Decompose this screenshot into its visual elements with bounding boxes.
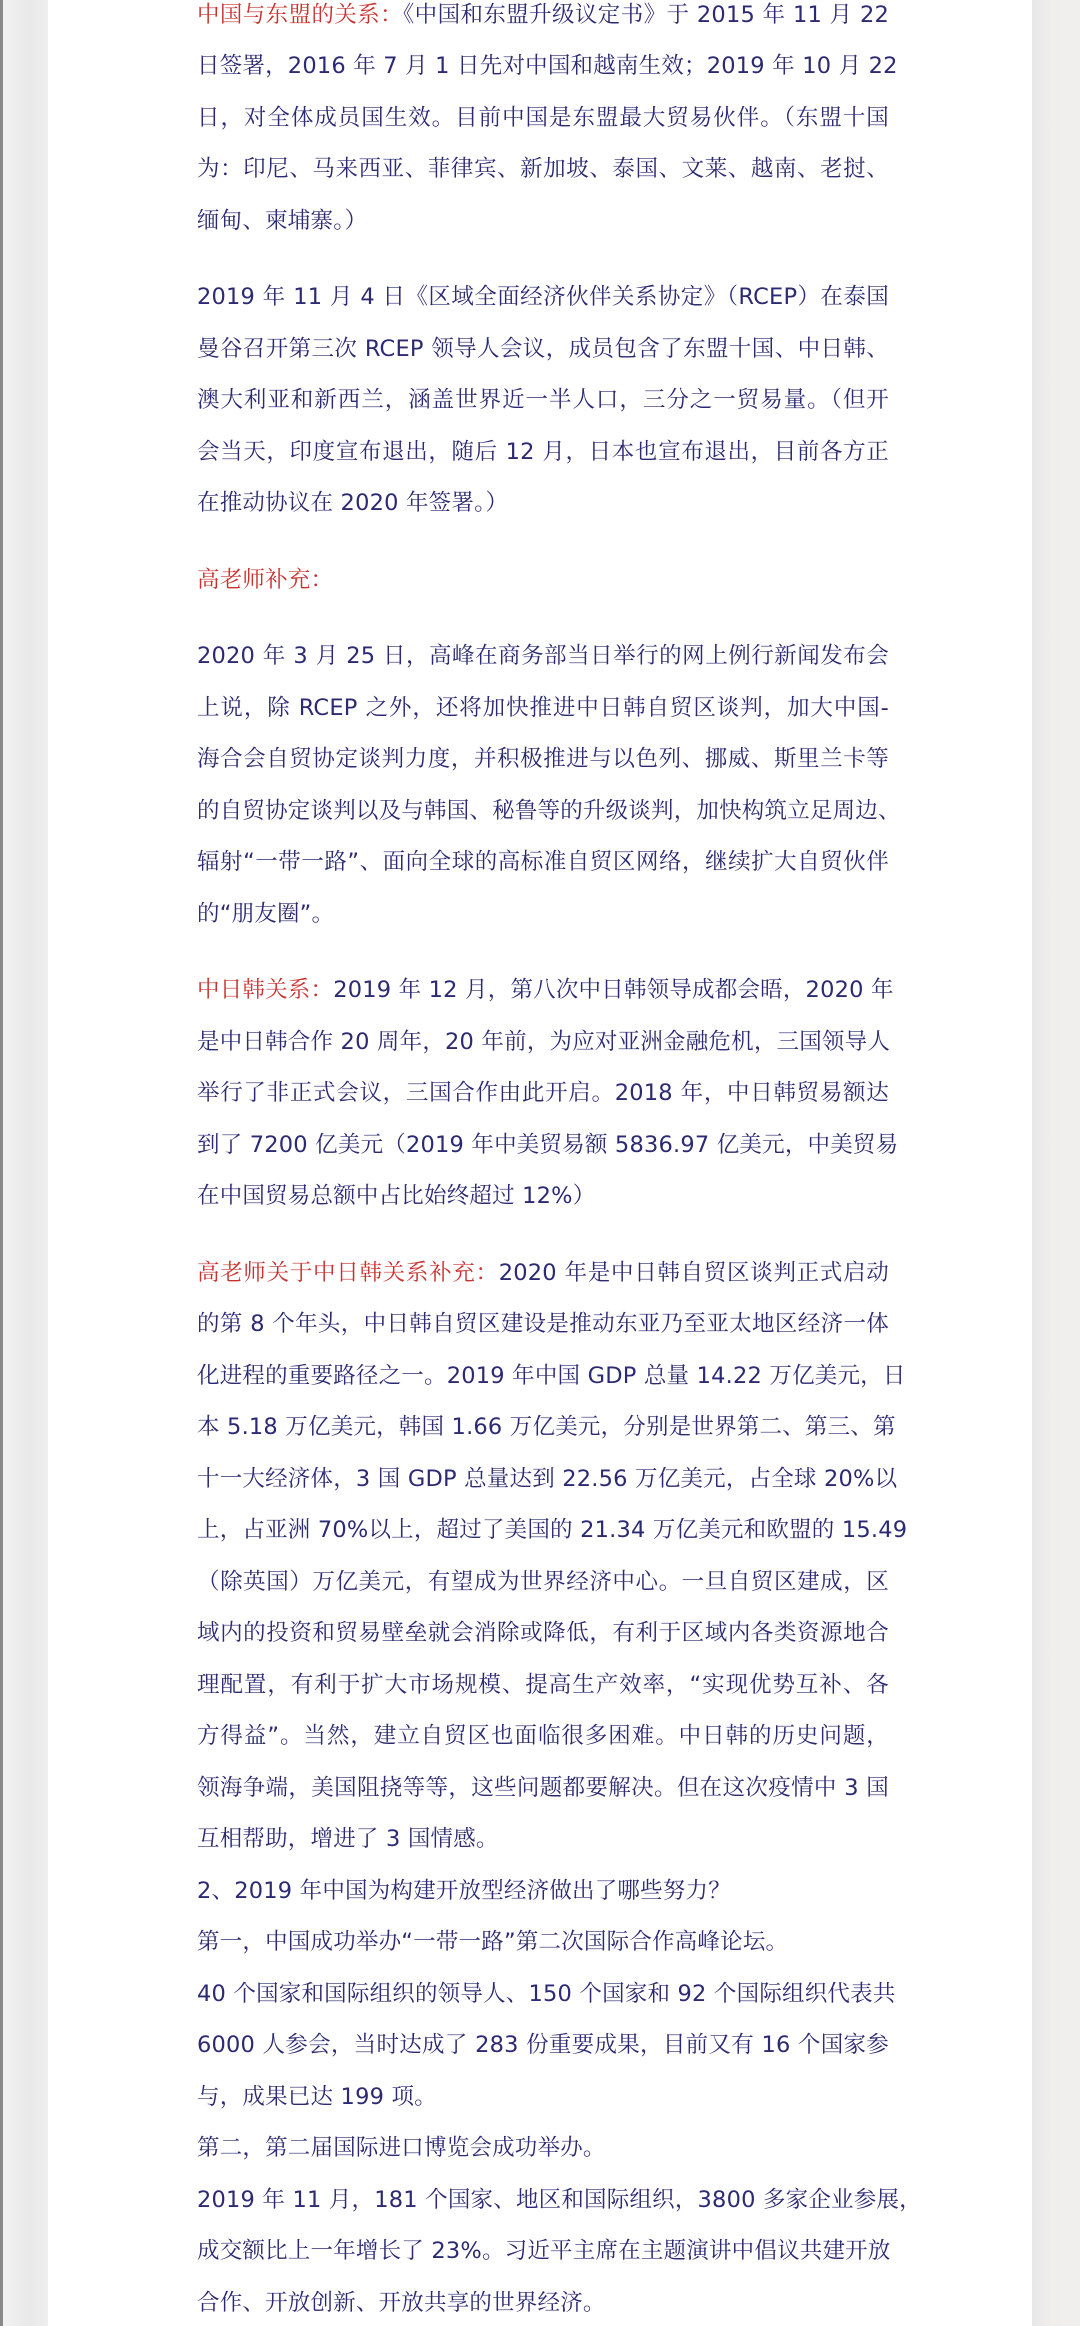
- text-line: 高老师关于中日韩关系补充：2020 年是中日韩自贸区谈判正式启动: [197, 1248, 889, 1300]
- text-line: 辐射“一带一路”、面向全球的高标准自贸区网络，继续扩大自贸伙伴: [197, 837, 889, 889]
- text-line: 的自贸协定谈判以及与韩国、秘鲁等的升级谈判，加快构筑立足周边、: [197, 786, 889, 838]
- left-gutter: [3, 0, 48, 2326]
- article-content: 中国与东盟的关系：《中国和东盟升级议定书》于 2015 年 11 月 22 日签…: [197, 0, 889, 2326]
- text-span: 2020 年是中日韩自贸区谈判正式启动: [499, 1260, 889, 1286]
- paragraph-gap: [197, 530, 889, 555]
- text-line: 是中日韩合作 20 周年，20 年前，为应对亚洲金融危机，三国领导人: [197, 1017, 889, 1069]
- paragraph-gap: [197, 606, 889, 631]
- text-line: 领海争端，美国阻挠等等，这些问题都要解决。但在这次疫情中 3 国: [197, 1763, 889, 1815]
- text-line: 曼谷召开第三次 RCEP 领导人会议，成员包含了东盟十国、中日韩、: [197, 324, 889, 376]
- text-line: 为：印尼、马来西亚、菲律宾、新加坡、泰国、文莱、越南、老挝、: [197, 144, 889, 196]
- paragraph-teacher-note-heading: 高老师补充：: [197, 555, 889, 607]
- text-line: 在推动协议在 2020 年签署。）: [197, 478, 889, 530]
- text-line: 海合会自贸协定谈判力度，并积极推进与以色列、挪威、斯里兰卡等: [197, 734, 889, 786]
- text-line: 成交额比上一年增长了 23%。习近平主席在主题演讲中倡议共建开放: [197, 2226, 889, 2278]
- paragraph-gap: [197, 247, 889, 272]
- text-line: 在中国贸易总额中占比始终超过 12%）: [197, 1171, 889, 1223]
- paragraph-china-asean: 中国与东盟的关系：《中国和东盟升级议定书》于 2015 年 11 月 22 日签…: [197, 0, 889, 247]
- text-line: 域内的投资和贸易壁垒就会消除或降低，有利于区域内各类资源地合: [197, 1608, 889, 1660]
- text-line: 合作、开放创新、开放共享的世界经济。: [197, 2278, 889, 2326]
- section-label: 中国与东盟的关系：: [197, 2, 403, 28]
- text-line: 上说，除 RCEP 之外，还将加快推进中日韩自贸区谈判，加大中国-: [197, 683, 889, 735]
- section-label: 中日韩关系：: [197, 977, 333, 1003]
- text-line: 会当天，印度宣布退出，随后 12 月，日本也宣布退出，目前各方正: [197, 427, 889, 479]
- text-line: 互相帮助，增进了 3 国情感。: [197, 1814, 889, 1866]
- section-label: 高老师关于中日韩关系补充：: [197, 1260, 499, 1286]
- paragraph-gao-feng-statement: 2020 年 3 月 25 日，高峰在商务部当日举行的网上例行新闻发布会 上说，…: [197, 631, 889, 940]
- text-line: 40 个国家和国际组织的领导人、150 个国家和 92 个国际组织代表共: [197, 1969, 889, 2021]
- text-line: 举行了非正式会议，三国合作由此开启。2018 年，中日韩贸易额达: [197, 1068, 889, 1120]
- question-heading: 2、2019 年中国为构建开放型经济做出了哪些努力？: [197, 1866, 889, 1918]
- text-line: 日签署，2016 年 7 月 1 日先对中国和越南生效；2019 年 10 月 …: [197, 41, 889, 93]
- right-gutter: [1032, 0, 1080, 2326]
- text-line: 本 5.18 万亿美元，韩国 1.66 万亿美元，分别是世界第二、第三、第: [197, 1402, 889, 1454]
- paragraph-gap: [197, 940, 889, 965]
- text-line: 上，占亚洲 70%以上，超过了美国的 21.34 万亿美元和欧盟的 15.49: [197, 1505, 889, 1557]
- text-line: 第一，中国成功举办“一带一路”第二次国际合作高峰论坛。: [197, 1917, 889, 1969]
- text-span: 2019 年 12 月，第八次中日韩领导成都会晤，2020 年: [333, 977, 893, 1003]
- text-line: 的“朋友圈”。: [197, 889, 889, 941]
- text-line: 化进程的重要路径之一。2019 年中国 GDP 总量 14.22 万亿美元，日: [197, 1351, 889, 1403]
- text-line: 2019 年 11 月，181 个国家、地区和国际组织，3800 多家企业参展，: [197, 2175, 889, 2227]
- text-line: 与，成果已达 199 项。: [197, 2072, 889, 2124]
- text-line: 第二，第二届国际进口博览会成功举办。: [197, 2123, 889, 2175]
- text-line: 2019 年 11 月 4 日《区域全面经济伙伴关系协定》（RCEP）在泰国: [197, 272, 889, 324]
- paragraph-teacher-note-cjk: 高老师关于中日韩关系补充：2020 年是中日韩自贸区谈判正式启动 的第 8 个年…: [197, 1248, 889, 2326]
- paragraph-gap: [197, 1223, 889, 1248]
- text-line: 中日韩关系：2019 年 12 月，第八次中日韩领导成都会晤，2020 年: [197, 965, 889, 1017]
- text-line: （除英国）万亿美元，有望成为世界经济中心。一旦自贸区建成，区: [197, 1557, 889, 1609]
- text-line: 6000 人参会，当时达成了 283 份重要成果，目前又有 16 个国家参: [197, 2020, 889, 2072]
- text-line: 中国与东盟的关系：《中国和东盟升级议定书》于 2015 年 11 月 22: [197, 0, 889, 41]
- text-line: 2020 年 3 月 25 日，高峰在商务部当日举行的网上例行新闻发布会: [197, 631, 889, 683]
- text-line: 日，对全体成员国生效。目前中国是东盟最大贸易伙伴。（东盟十国: [197, 93, 889, 145]
- text-line: 方得益”。当然，建立自贸区也面临很多困难。中日韩的历史问题，: [197, 1711, 889, 1763]
- text-line: 到了 7200 亿美元（2019 年中美贸易额 5836.97 亿美元，中美贸易: [197, 1120, 889, 1172]
- text-line: 十一大经济体，3 国 GDP 总量达到 22.56 万亿美元，占全球 20%以: [197, 1454, 889, 1506]
- text-line: 缅甸、柬埔寨。）: [197, 196, 889, 248]
- text-line: 理配置，有利于扩大市场规模、提高生产效率，“实现优势互补、各: [197, 1660, 889, 1712]
- section-heading: 高老师补充：: [197, 555, 889, 607]
- text-line: 的第 8 个年头，中日韩自贸区建设是推动东亚乃至亚太地区经济一体: [197, 1299, 889, 1351]
- paragraph-china-japan-korea: 中日韩关系：2019 年 12 月，第八次中日韩领导成都会晤，2020 年 是中…: [197, 965, 889, 1223]
- text-line: 澳大利亚和新西兰，涵盖世界近一半人口，三分之一贸易量。（但开: [197, 375, 889, 427]
- text-span: 《中国和东盟升级议定书》于 2015 年 11 月 22: [403, 2, 889, 28]
- paragraph-rcep: 2019 年 11 月 4 日《区域全面经济伙伴关系协定》（RCEP）在泰国 曼…: [197, 272, 889, 530]
